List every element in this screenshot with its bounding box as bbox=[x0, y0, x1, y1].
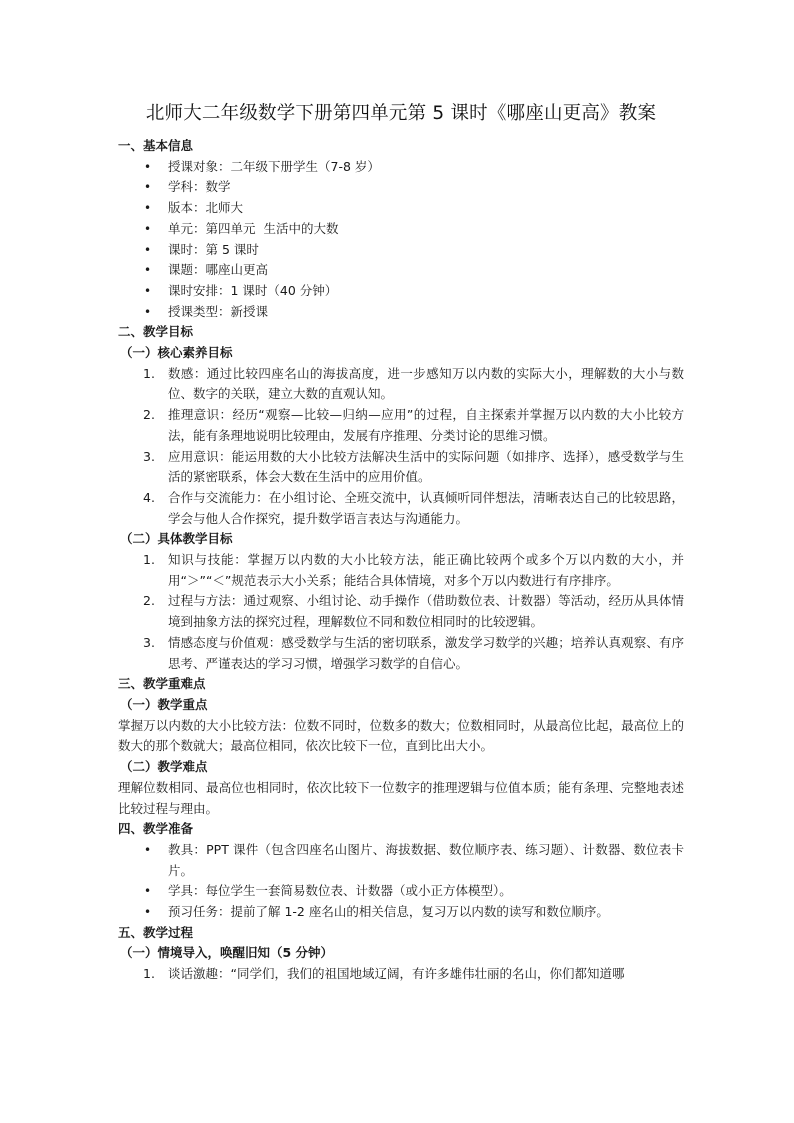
core-goals-list: 1.数感：通过比较四座名山的海拔高度，进一步感知万以内数的实际大小，理解数的大小… bbox=[118, 364, 684, 530]
subheading-intro: （一）情境导入，唤醒旧知（5 分钟） bbox=[120, 943, 684, 964]
difficulty-text: 理解位数相同、最高位也相同时，依次比较下一位数字的推理逻辑与位值本质；能有条理、… bbox=[118, 778, 684, 819]
list-number: 2. bbox=[143, 591, 155, 612]
section-heading-prep: 四、教学准备 bbox=[118, 819, 684, 840]
list-item: •授课类型：新授课 bbox=[118, 302, 684, 323]
section-heading-basic-info: 一、基本信息 bbox=[118, 136, 684, 157]
list-number: 1. bbox=[143, 364, 155, 385]
list-item: 3.情感态度与价值观：感受数学与生活的密切联系，激发学习数学的兴趣；培养认真观察… bbox=[118, 633, 684, 674]
list-item: 1.谈话激趣：“同学们，我们的祖国地域辽阔，有许多雄伟壮丽的名山，你们都知道哪 bbox=[118, 964, 684, 985]
bullet-icon: • bbox=[144, 157, 151, 178]
list-number: 4. bbox=[143, 488, 155, 509]
bullet-icon: • bbox=[144, 281, 151, 302]
subheading-difficulty: （二）教学难点 bbox=[120, 757, 684, 778]
list-item: 2.推理意识：经历“观察—比较—归纳—应用”的过程，自主探索并掌握万以内数的大小… bbox=[118, 405, 684, 446]
list-item: 2.过程与方法：通过观察、小组讨论、动手操作（借助数位表、计数器）等活动，经历从… bbox=[118, 591, 684, 632]
list-item: •课题：哪座山更高 bbox=[118, 260, 684, 281]
bullet-icon: • bbox=[144, 240, 151, 261]
bullet-icon: • bbox=[144, 198, 151, 219]
bullet-icon: • bbox=[144, 260, 151, 281]
section-heading-keypoints: 三、教学重难点 bbox=[118, 674, 684, 695]
document-page: 北师大二年级数学下册第四单元第 5 课时《哪座山更高》教案 一、基本信息 •授课… bbox=[118, 100, 684, 985]
bullet-icon: • bbox=[144, 902, 151, 923]
section-heading-goals: 二、教学目标 bbox=[118, 322, 684, 343]
specific-goals-list: 1.知识与技能：掌握万以内数的大小比较方法，能正确比较两个或多个万以内数的大小，… bbox=[118, 550, 684, 674]
list-item: •课时：第 5 课时 bbox=[118, 240, 684, 261]
list-item: •版本：北师大 bbox=[118, 198, 684, 219]
document-title: 北师大二年级数学下册第四单元第 5 课时《哪座山更高》教案 bbox=[118, 100, 684, 128]
basic-info-list: •授课对象：二年级下册学生（7-8 岁） •学科：数学 •版本：北师大 •单元：… bbox=[118, 157, 684, 323]
subheading-focus: （一）教学重点 bbox=[120, 695, 684, 716]
list-number: 2. bbox=[143, 405, 155, 426]
section-heading-process: 五、教学过程 bbox=[118, 923, 684, 944]
bullet-icon: • bbox=[144, 881, 151, 902]
list-item: 3.应用意识：能运用数的大小比较方法解决生活中的实际问题（如排序、选择），感受数… bbox=[118, 447, 684, 488]
intro-list: 1.谈话激趣：“同学们，我们的祖国地域辽阔，有许多雄伟壮丽的名山，你们都知道哪 bbox=[118, 964, 684, 985]
list-item: •学科：数学 bbox=[118, 177, 684, 198]
bullet-icon: • bbox=[144, 840, 151, 861]
list-item: •课时安排：1 课时（40 分钟） bbox=[118, 281, 684, 302]
list-item: •单元：第四单元 生活中的大数 bbox=[118, 219, 684, 240]
bullet-icon: • bbox=[144, 177, 151, 198]
subheading-specific-goals: （二）具体教学目标 bbox=[120, 529, 684, 550]
list-item: •预习任务：提前了解 1-2 座名山的相关信息，复习万以内数的读写和数位顺序。 bbox=[118, 902, 684, 923]
list-item: 1.知识与技能：掌握万以内数的大小比较方法，能正确比较两个或多个万以内数的大小，… bbox=[118, 550, 684, 591]
list-number: 3. bbox=[143, 633, 155, 654]
bullet-icon: • bbox=[144, 219, 151, 240]
list-number: 1. bbox=[143, 964, 155, 985]
list-item: •学具：每位学生一套简易数位表、计数器（或小正方体模型）。 bbox=[118, 881, 684, 902]
list-item: •授课对象：二年级下册学生（7-8 岁） bbox=[118, 157, 684, 178]
list-item: •教具：PPT 课件（包含四座名山图片、海拔数据、数位顺序表、练习题）、计数器、… bbox=[118, 840, 684, 881]
list-number: 1. bbox=[143, 550, 155, 571]
focus-text: 掌握万以内数的大小比较方法：位数不同时，位数多的数大；位数相同时，从最高位比起，… bbox=[118, 716, 684, 757]
list-number: 3. bbox=[143, 447, 155, 468]
subheading-core-goals: （一）核心素养目标 bbox=[120, 343, 684, 364]
list-item: 4.合作与交流能力：在小组讨论、全班交流中，认真倾听同伴想法，清晰表达自己的比较… bbox=[118, 488, 684, 529]
bullet-icon: • bbox=[144, 302, 151, 323]
list-item: 1.数感：通过比较四座名山的海拔高度，进一步感知万以内数的实际大小，理解数的大小… bbox=[118, 364, 684, 405]
prep-list: •教具：PPT 课件（包含四座名山图片、海拔数据、数位顺序表、练习题）、计数器、… bbox=[118, 840, 684, 923]
